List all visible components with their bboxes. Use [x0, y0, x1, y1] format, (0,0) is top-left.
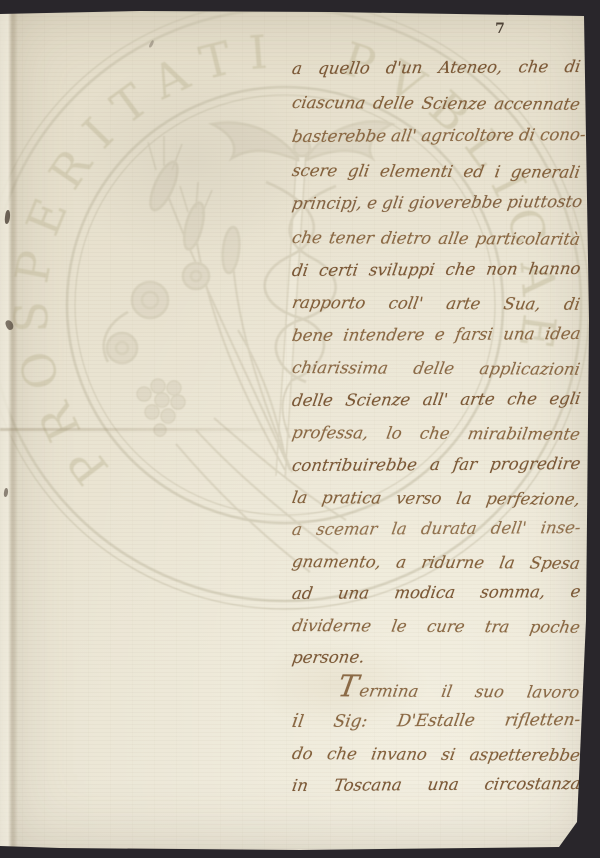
- manuscript-line: contribuirebbe a far progredire: [290, 453, 582, 479]
- manuscript-line: che tener dietro alle particolarità: [290, 227, 582, 253]
- manuscript-line: professa, lo che mirabilmente: [290, 422, 582, 448]
- manuscript-line: principj, e gli gioverebbe piuttosto: [290, 191, 582, 217]
- manuscript-line: in Toscana una circostanza: [290, 773, 582, 799]
- manuscript-line: rapporto coll' arte Sua, di: [290, 292, 582, 318]
- manuscript-line: do che invano si aspetterebbe: [290, 743, 582, 769]
- manuscript-line: gnamento, a ridurne la Spesa: [290, 551, 582, 577]
- manuscript-line: a quello d'un Ateneo, che di: [290, 56, 582, 82]
- handwritten-text-block: a quello d'un Ateneo, che di ciascuna de…: [0, 0, 600, 858]
- manuscript-line: persone.: [290, 645, 582, 671]
- manuscript-line: ciascuna delle Scienze accennate: [290, 92, 582, 118]
- manuscript-line: a scemar la durata dell' inse-: [290, 517, 582, 543]
- manuscript-line: chiarissima delle applicazioni: [290, 357, 582, 383]
- manuscript-line: basterebbe all' agricoltore di cono-: [290, 124, 582, 150]
- manuscript-line: dividerne le cure tra poche: [290, 615, 582, 641]
- manuscript-line: delle Scienze all' arte che egli: [290, 388, 582, 414]
- manuscript-line: scere gli elementi ed i generali: [290, 160, 582, 186]
- manuscript-page: PROSPERITATI PVBLICAE: [0, 0, 600, 858]
- manuscript-line: bene intendere e farsi una idea: [290, 323, 582, 349]
- manuscript-line: ad una modica somma, e: [290, 581, 582, 607]
- manuscript-line: Termina il suo lavoro: [290, 676, 582, 702]
- manuscript-line: di certi sviluppi che non hanno: [290, 258, 582, 284]
- manuscript-line: il Sig: D'Estalle rifletten-: [290, 708, 582, 734]
- manuscript-line: la pratica verso la perfezione,: [290, 487, 582, 513]
- scanner-background: PROSPERITATI PVBLICAE: [0, 0, 600, 858]
